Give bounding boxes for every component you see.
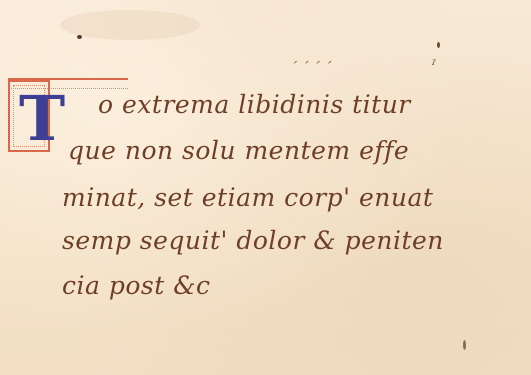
manuscript-page: T ˊ ˊ ˊ ˊ ˀ o extrema libidinis titur qu… [0, 0, 531, 375]
text-line-5: cia post &c [62, 273, 210, 298]
text-line-1: o extrema libidinis titur [98, 92, 411, 117]
text-line-4: semp sequit' dolor & peniten [62, 228, 444, 253]
text-line-2: que non solu mentem effe [68, 138, 409, 163]
interlinear-marks: ˊ ˊ ˊ ˊ [290, 60, 331, 76]
ink-speck [437, 42, 440, 48]
ink-speck [77, 35, 82, 39]
text-line-3: minat, set etiam corp' enuat [62, 185, 433, 210]
interlinear-mark: ˀ [432, 58, 436, 74]
ink-speck [463, 340, 466, 350]
initial-letter: T [19, 88, 65, 150]
